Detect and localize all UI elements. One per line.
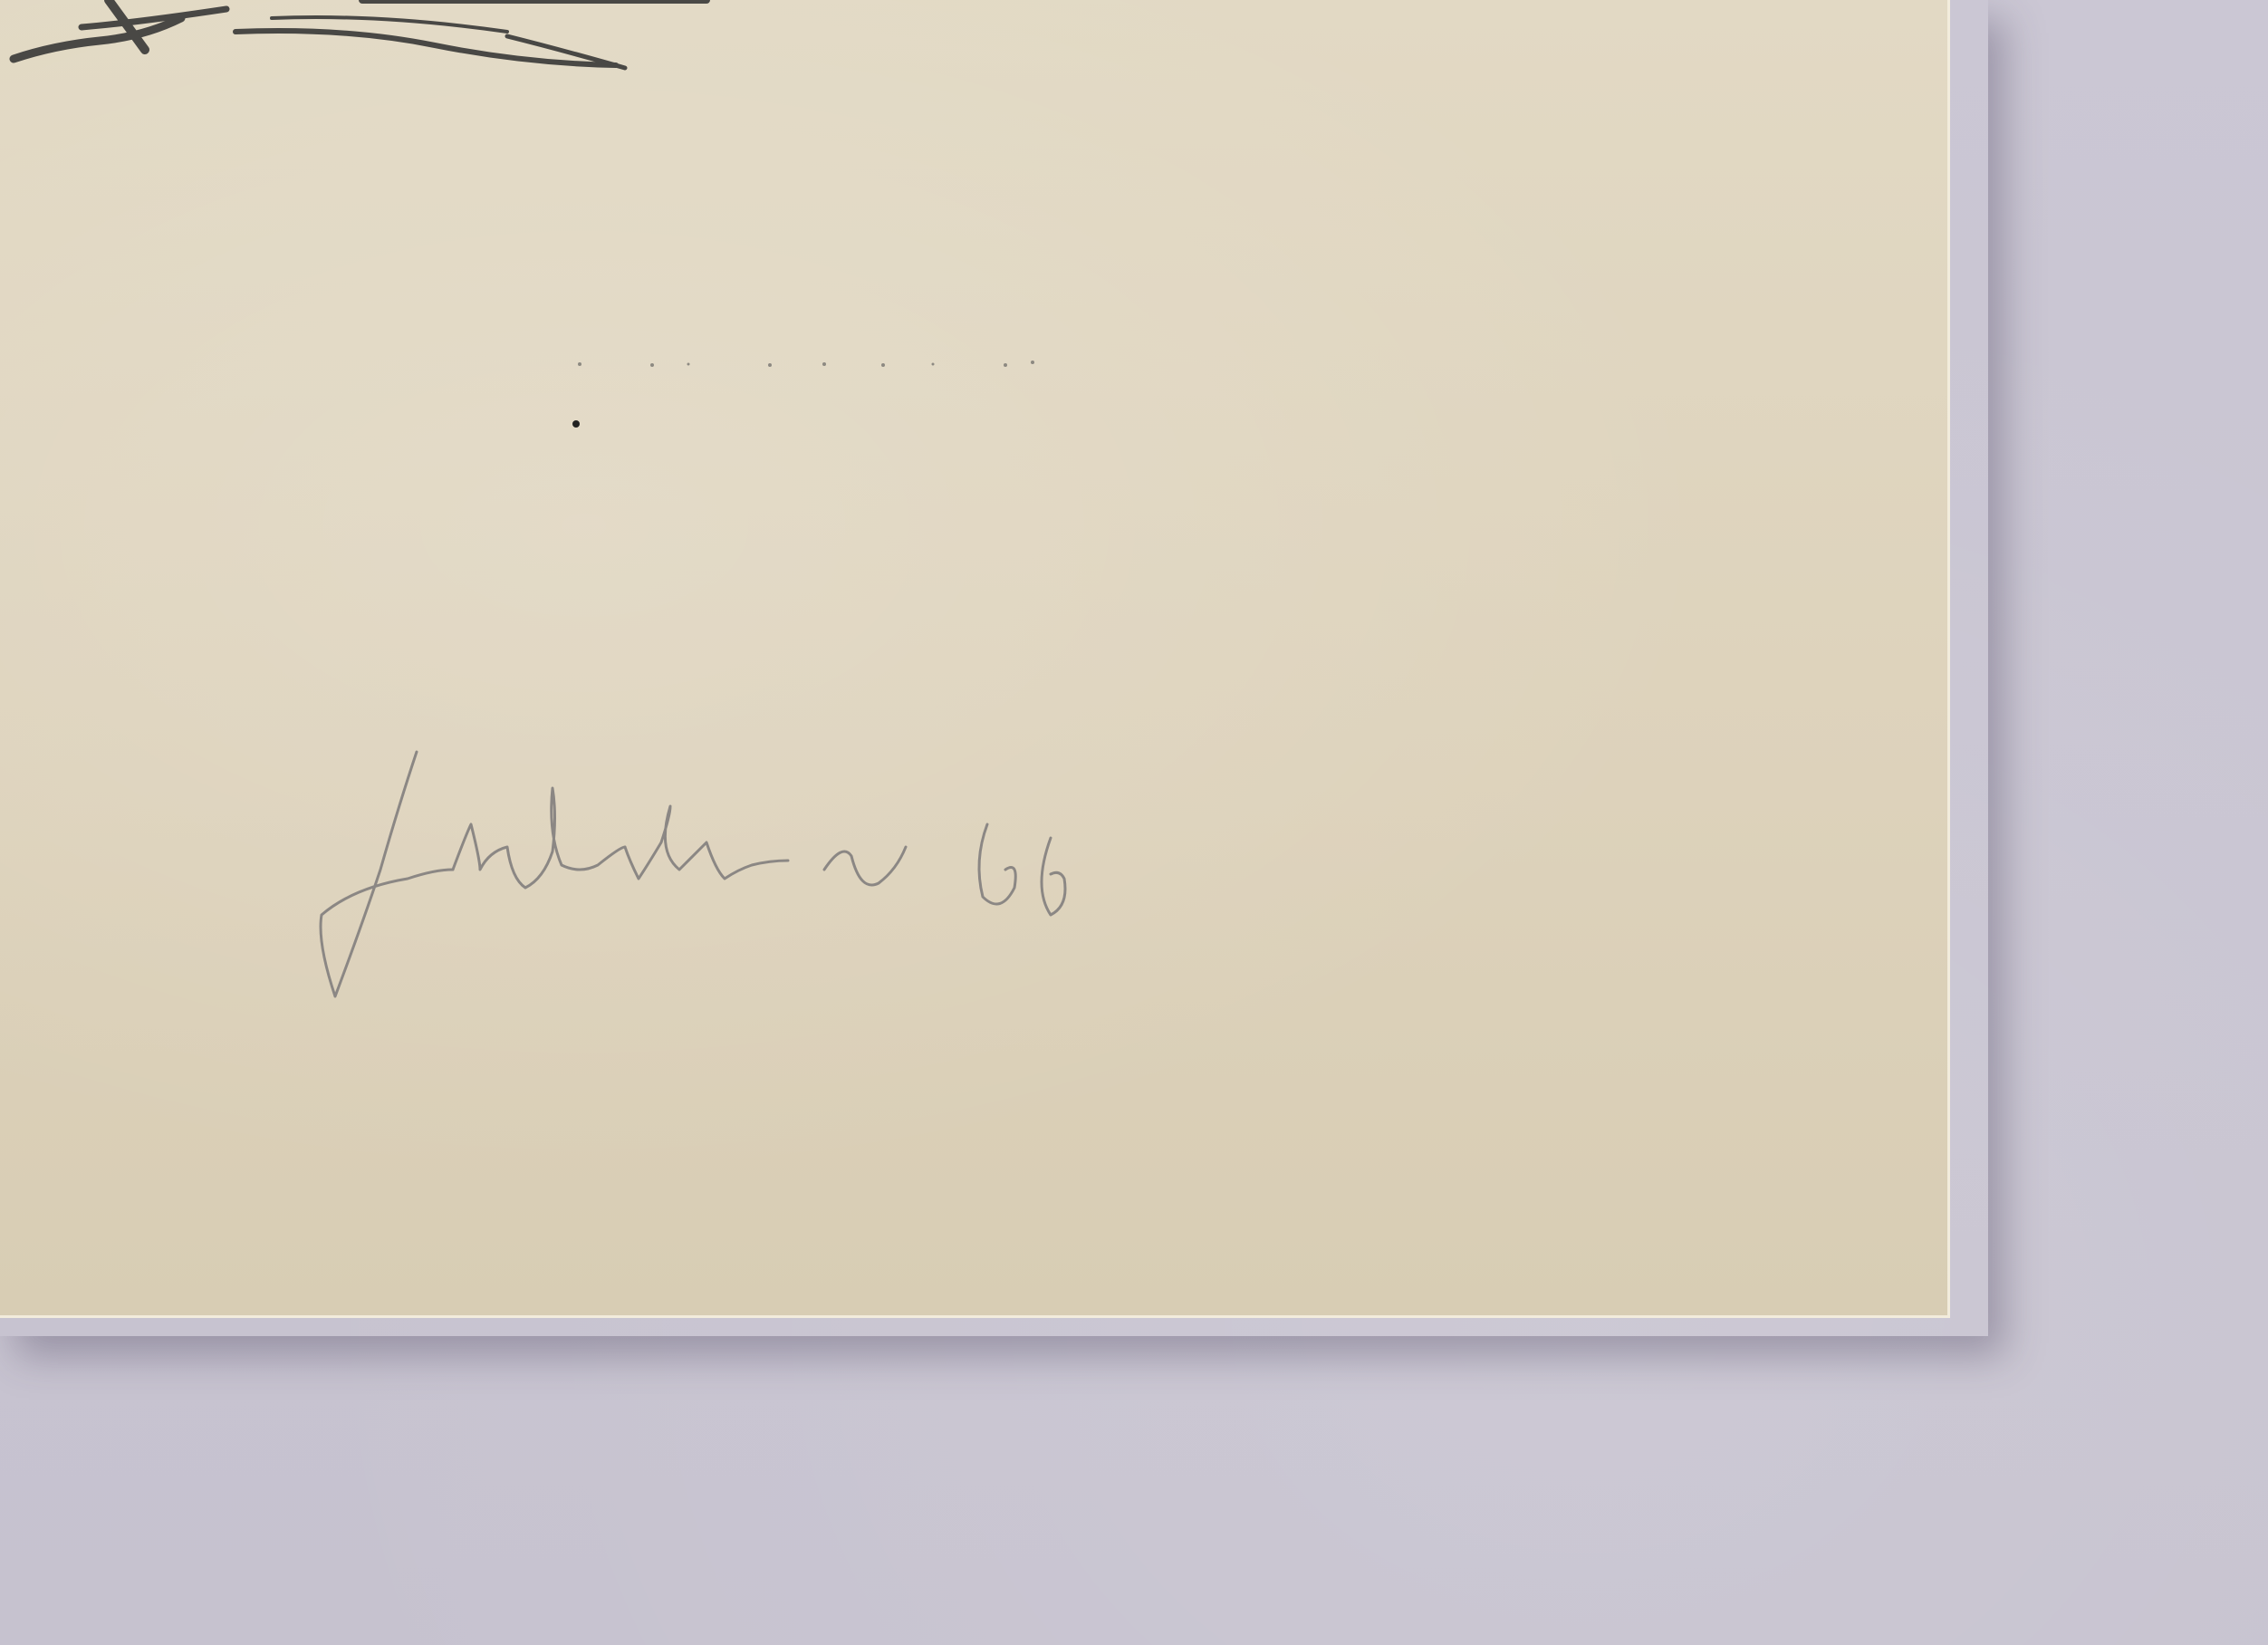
pencil-signature (299, 734, 1857, 1005)
paper-marks (0, 0, 1947, 544)
paper-sheet (0, 0, 1950, 1318)
